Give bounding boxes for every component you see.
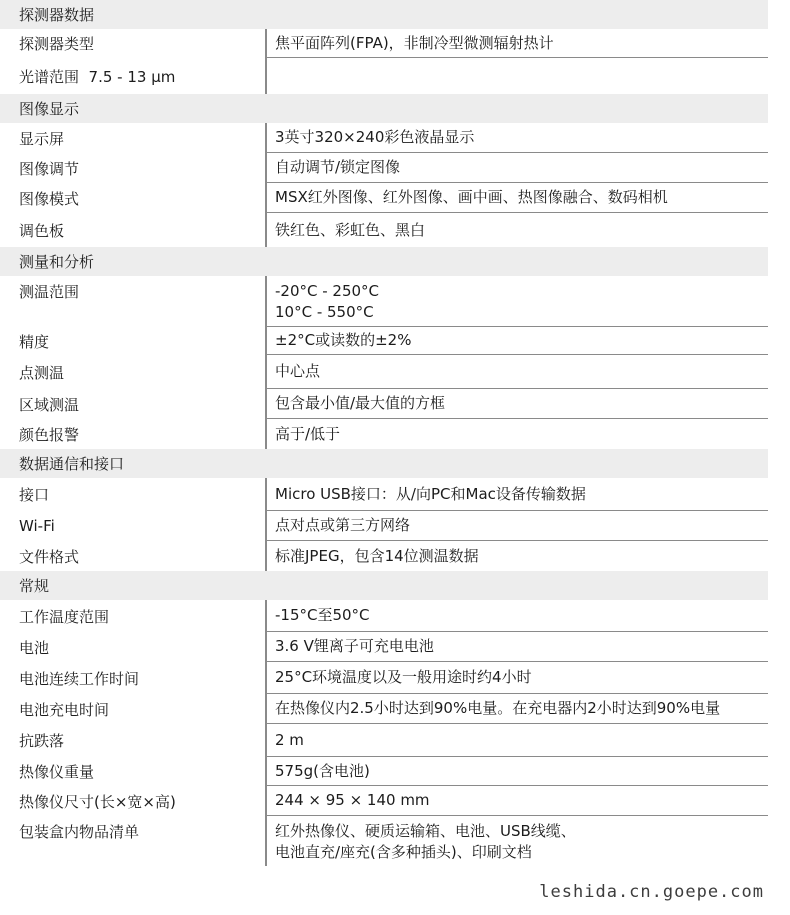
spec-label: 热像仪重量 — [0, 757, 265, 786]
spec-label: 抗跌落 — [0, 724, 265, 757]
section-header-detector: 探测器数据 — [0, 0, 768, 29]
spec-value: -20°C - 250°C 10°C - 550°C — [265, 276, 768, 327]
spec-value: 中心点 — [265, 355, 768, 389]
spec-value: 3.6 V锂离子可充电电池 — [265, 632, 768, 662]
spec-label: 调色板 — [0, 213, 265, 247]
section-header-measurement: 测量和分析 — [0, 247, 768, 276]
spec-label: 图像调节 — [0, 153, 265, 183]
spec-label: 探测器类型 — [0, 29, 265, 58]
spec-row-spectral-range: 光谱范围 7.5 - 13 μm — [0, 58, 768, 94]
spec-label: 区域测温 — [0, 389, 265, 419]
spec-row-operating-temp: 工作温度范围 -15°C至50°C — [0, 600, 768, 632]
spec-label: 电池 — [0, 632, 265, 662]
spec-value: 在热像仪内2.5小时达到90%电量。在充电器内2小时达到90%电量 — [265, 694, 768, 724]
spec-value: Micro USB接口：从/向PC和Mac设备传输数据 — [265, 478, 768, 511]
spec-value: 2 m — [265, 724, 768, 757]
spec-table: 探测器数据 探测器类型 焦平面阵列(FPA)，非制冷型微测辐射热计 光谱范围 7… — [0, 0, 768, 866]
spec-label: 点测温 — [0, 355, 265, 389]
spec-row-file-format: 文件格式 标准JPEG，包含14位测温数据 — [0, 541, 768, 571]
watermark-url: leshida.cn.goepe.com — [539, 882, 764, 902]
spec-row-temp-range: 测温范围 -20°C - 250°C 10°C - 550°C — [0, 276, 768, 327]
spec-row-spot-meter: 点测温 中心点 — [0, 355, 768, 389]
spec-row-image-modes: 图像模式 MSX红外图像、红外图像、画中画、热图像融合、数码相机 — [0, 183, 768, 213]
spec-value: 红外热像仪、硬质运输箱、电池、USB线缆、 电池直充/座充(含多种插头)、印刷文… — [265, 816, 768, 866]
spec-label: 包装盒内物品清单 — [0, 816, 265, 866]
spec-value: 244 × 95 × 140 mm — [265, 786, 768, 816]
spec-row-color-alarm: 颜色报警 高于/低于 — [0, 419, 768, 449]
spec-value — [265, 58, 768, 94]
spec-label: Wi-Fi — [0, 511, 265, 541]
spec-value: 标准JPEG，包含14位测温数据 — [265, 541, 768, 571]
spec-row-area-meter: 区域测温 包含最小值/最大值的方框 — [0, 389, 768, 419]
spec-row-battery-life: 电池连续工作时间 25°C环境温度以及一般用途时约4小时 — [0, 662, 768, 694]
spec-label: 测温范围 — [0, 276, 265, 327]
spec-label: 接口 — [0, 478, 265, 511]
spec-row-wifi: Wi-Fi 点对点或第三方网络 — [0, 511, 768, 541]
spec-row-battery: 电池 3.6 V锂离子可充电电池 — [0, 632, 768, 662]
spec-row-palette: 调色板 铁红色、彩虹色、黑白 — [0, 213, 768, 247]
spec-value: 575g(含电池) — [265, 757, 768, 786]
spec-value: 点对点或第三方网络 — [265, 511, 768, 541]
spec-label: 热像仪尺寸(长×宽×高) — [0, 786, 265, 816]
spec-value: 焦平面阵列(FPA)，非制冷型微测辐射热计 — [265, 29, 768, 58]
section-header-data-comm: 数据通信和接口 — [0, 449, 768, 478]
spec-row-charge-time: 电池充电时间 在热像仪内2.5小时达到90%电量。在充电器内2小时达到90%电量 — [0, 694, 768, 724]
spec-row-drop-test: 抗跌落 2 m — [0, 724, 768, 757]
spec-value: 25°C环境温度以及一般用途时约4小时 — [265, 662, 768, 694]
spec-label: 电池充电时间 — [0, 694, 265, 724]
spec-value: 自动调节/锁定图像 — [265, 153, 768, 183]
spec-row-interface: 接口 Micro USB接口：从/向PC和Mac设备传输数据 — [0, 478, 768, 511]
spec-value: MSX红外图像、红外图像、画中画、热图像融合、数码相机 — [265, 183, 768, 213]
spec-row-accuracy: 精度 ±2°C或读数的±2% — [0, 327, 768, 355]
spec-row-package-contents: 包装盒内物品清单 红外热像仪、硬质运输箱、电池、USB线缆、 电池直充/座充(含… — [0, 816, 768, 866]
section-header-general: 常规 — [0, 571, 768, 600]
spec-row-image-adjust: 图像调节 自动调节/锁定图像 — [0, 153, 768, 183]
spec-label: 显示屏 — [0, 123, 265, 153]
spec-label: 颜色报警 — [0, 419, 265, 449]
spec-value: 包含最小值/最大值的方框 — [265, 389, 768, 419]
spec-label: 精度 — [0, 327, 265, 355]
spec-row-weight: 热像仪重量 575g(含电池) — [0, 757, 768, 786]
spec-label: 工作温度范围 — [0, 600, 265, 632]
spec-label: 文件格式 — [0, 541, 265, 571]
spec-value: -15°C至50°C — [265, 600, 768, 632]
section-header-image-display: 图像显示 — [0, 94, 768, 123]
spec-value: 铁红色、彩虹色、黑白 — [265, 213, 768, 247]
spec-label: 电池连续工作时间 — [0, 662, 265, 694]
spec-value: 3英寸320×240彩色液晶显示 — [265, 123, 768, 153]
spec-value: ±2°C或读数的±2% — [265, 327, 768, 355]
spec-row-display: 显示屏 3英寸320×240彩色液晶显示 — [0, 123, 768, 153]
spec-label: 图像模式 — [0, 183, 265, 213]
spec-row-detector-type: 探测器类型 焦平面阵列(FPA)，非制冷型微测辐射热计 — [0, 29, 768, 58]
spec-row-dimensions: 热像仪尺寸(长×宽×高) 244 × 95 × 140 mm — [0, 786, 768, 816]
spec-label: 光谱范围 7.5 - 13 μm — [0, 58, 265, 94]
spec-value: 高于/低于 — [265, 419, 768, 449]
